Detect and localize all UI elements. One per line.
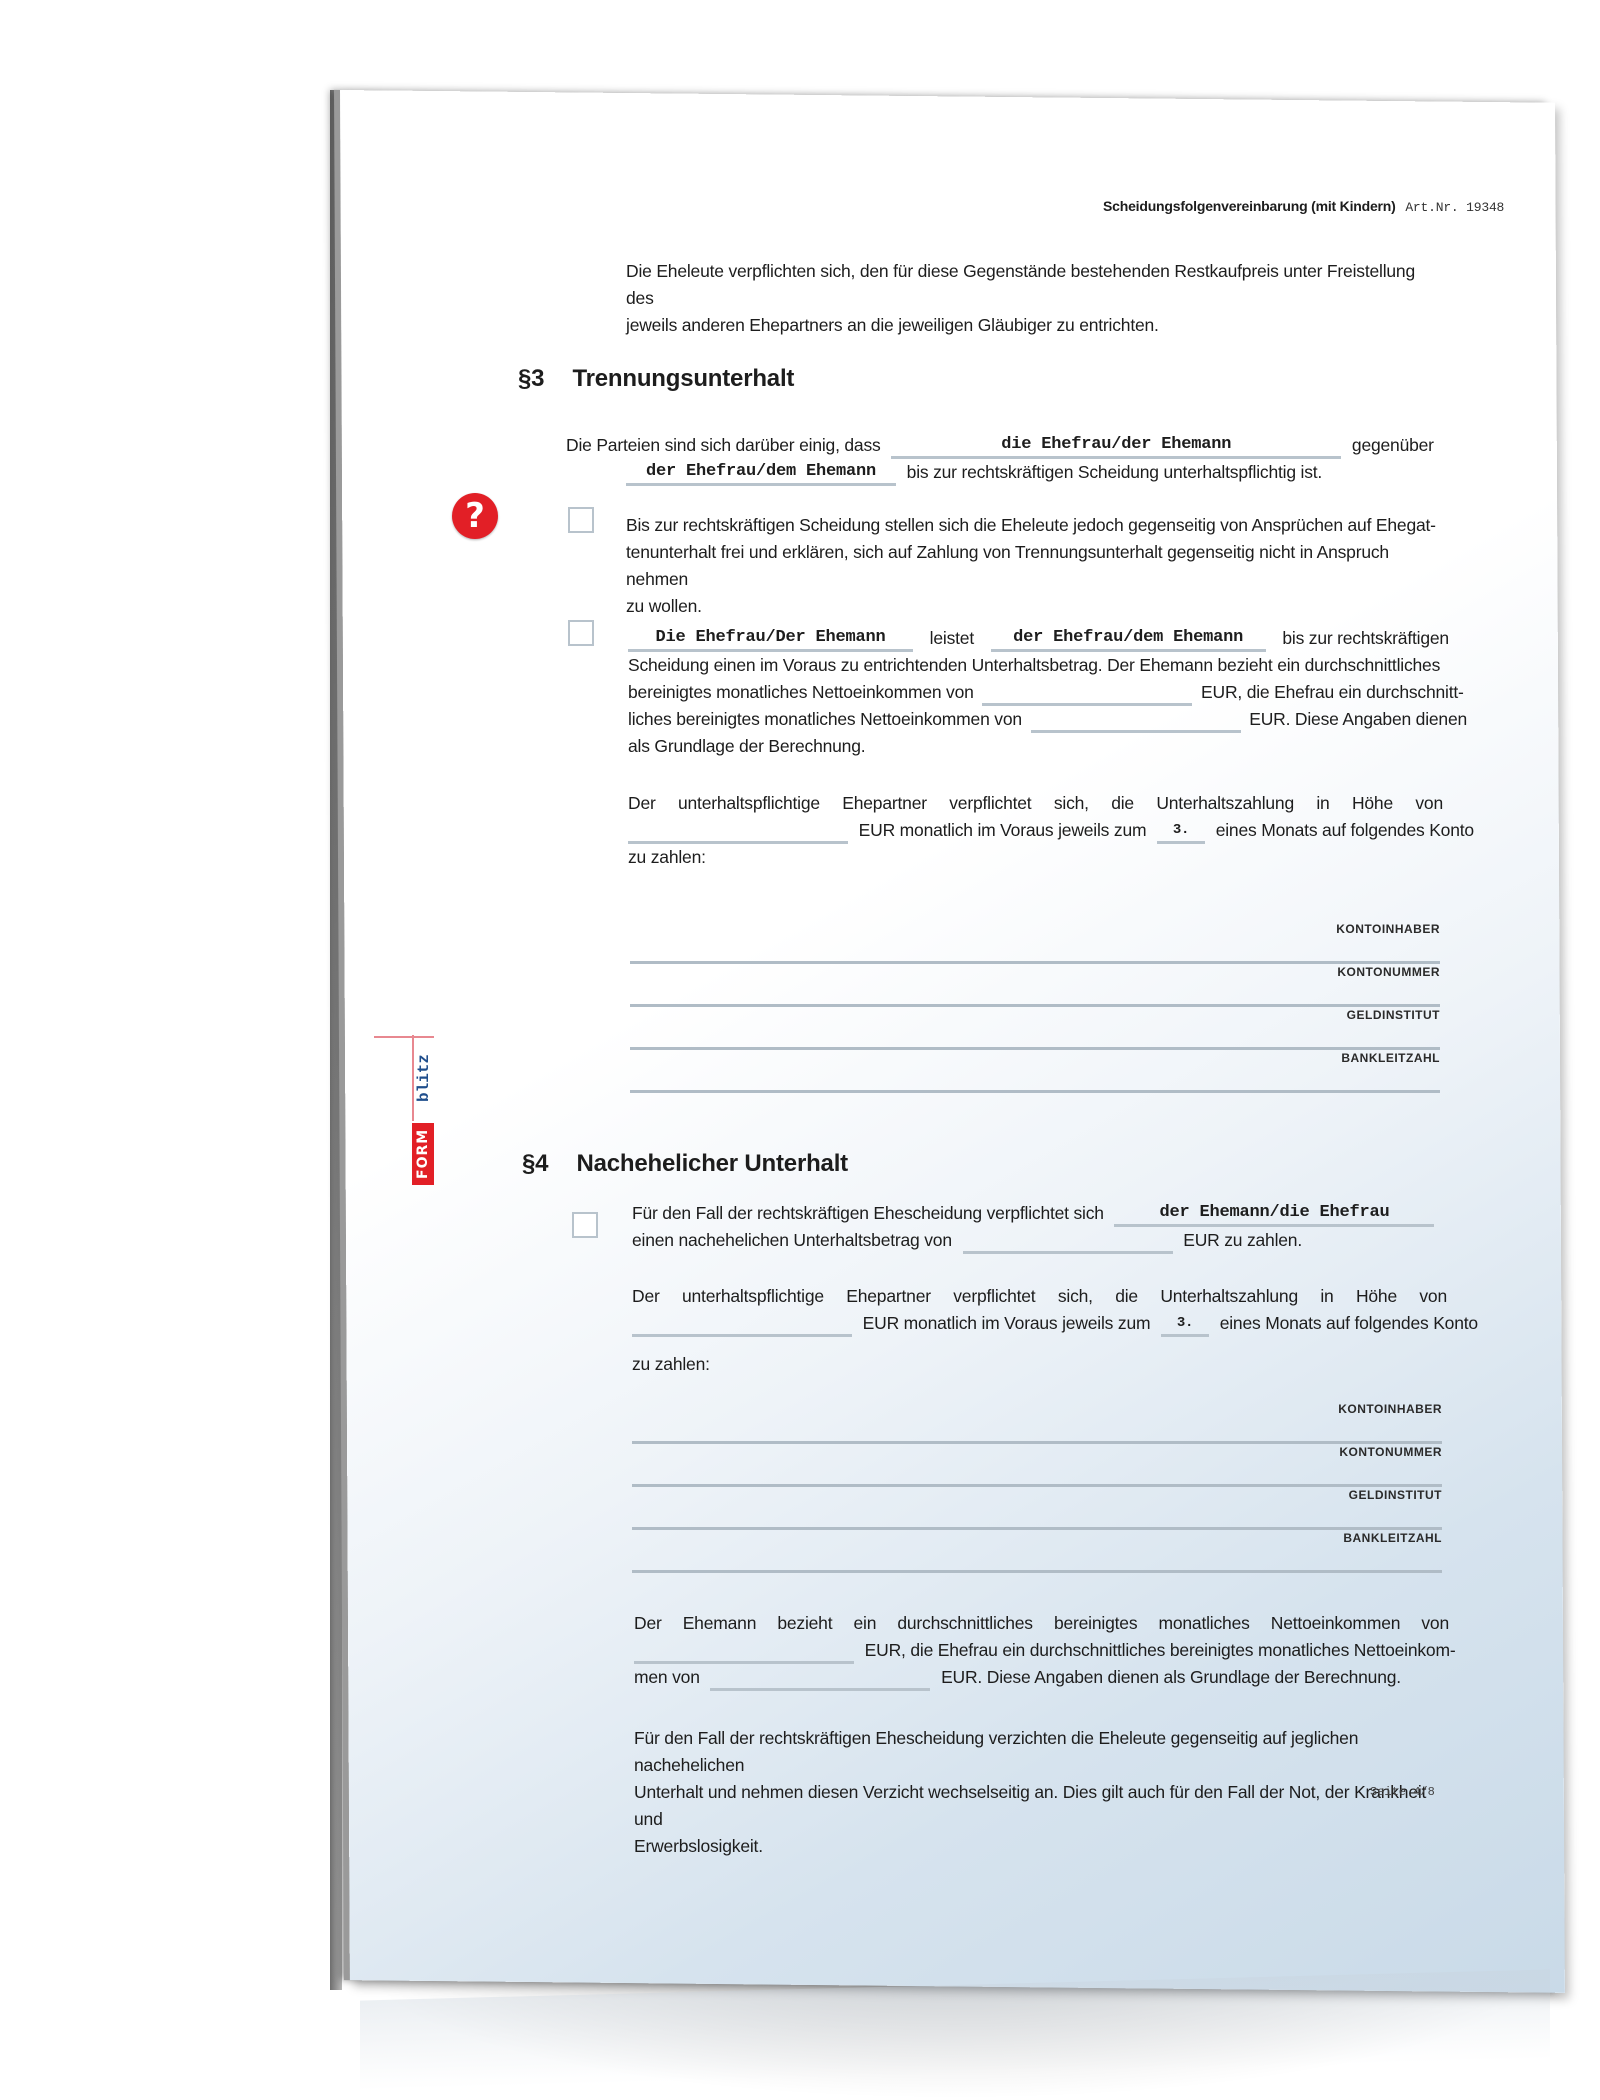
logo-text-blitz: blitz [412, 1035, 434, 1121]
post-marital-amount-field[interactable] [963, 1229, 1173, 1254]
text: eines Monats auf folgendes Konto [1220, 1313, 1478, 1333]
bank-field-bank-code[interactable]: BANKLEITZAHL [632, 1531, 1442, 1573]
intro-paragraph: Die Eheleute verpflichten sich, den für … [626, 258, 1446, 339]
section-number: §4 [522, 1150, 570, 1178]
section-3-heading: §3 Trennungsunterhalt [518, 365, 794, 393]
text: Der unterhaltspflichtige Ehepartner verp… [628, 790, 1443, 817]
payment-day-field[interactable]: 3. [1161, 1312, 1209, 1337]
text: men von [634, 1667, 700, 1687]
section-3-agreement: Die Parteien sind sich darüber einig, da… [566, 432, 1446, 486]
text: eines Monats auf folgendes Konto [1216, 820, 1474, 840]
text: EUR. Diese Angaben dienen [1249, 709, 1467, 729]
section-4-heading: §4 Nachehelicher Unterhalt [522, 1150, 848, 1178]
field-label: KONTOINHABER [1338, 1402, 1442, 1416]
text: bis zur rechtskräftigen Scheidung unterh… [907, 462, 1322, 482]
text: EUR monatlich im Voraus jeweils zum [863, 1313, 1151, 1333]
bank-field-bank-name[interactable]: GELDINSTITUT [632, 1488, 1442, 1530]
text: Der Ehemann bezieht ein durchschnittlich… [634, 1610, 1449, 1637]
bank-field-bank-code[interactable]: BANKLEITZAHL [630, 1051, 1440, 1093]
text: EUR monatlich im Voraus jeweils zum [859, 820, 1147, 840]
intro-line: jeweils anderen Ehepartners an die jewei… [626, 312, 1446, 339]
wife-income-field[interactable] [710, 1666, 930, 1691]
text: bereinigtes monatliches Nettoeinkommen v… [628, 682, 974, 702]
payment-day-field[interactable]: 3. [1157, 819, 1205, 844]
text: einen nachehelichen Unterhaltsbetrag von [632, 1230, 952, 1250]
field-label: GELDINSTITUT [1349, 1488, 1442, 1502]
section-4-option-1-text: Für den Fall der rechtskräftigen Ehesche… [632, 1200, 1447, 1254]
help-icon[interactable]: ? [452, 493, 498, 539]
bank-field-account-number[interactable]: KONTONUMMER [632, 1445, 1442, 1487]
field-label: BANKLEITZAHL [1343, 1531, 1442, 1545]
text: als Grundlage der Berechnung. [628, 733, 1448, 760]
husband-income-field[interactable] [982, 681, 1192, 706]
text: EUR zu zahlen. [1183, 1230, 1302, 1250]
section-3-option-2-checkbox[interactable] [568, 620, 594, 646]
document-title: Scheidungsfolgenvereinbarung (mit Kinder… [1103, 198, 1396, 214]
section-3-option-1-text: Bis zur rechtskräftigen Scheidung stelle… [626, 512, 1446, 620]
text: Bis zur rechtskräftigen Scheidung stelle… [626, 512, 1446, 539]
payer-field[interactable]: Die Ehefrau/Der Ehemann [628, 627, 913, 652]
section-3-option-2-text: Die Ehefrau/Der Ehemann leistet der Ehef… [628, 625, 1448, 760]
obligor-field[interactable]: die Ehefrau/der Ehemann [891, 434, 1341, 459]
text: liches bereinigtes monatliches Nettoeink… [628, 709, 1022, 729]
field-label: BANKLEITZAHL [1341, 1051, 1440, 1065]
text: Erwerbslosigkeit. [634, 1833, 1449, 1860]
section-4-income: Der Ehemann bezieht ein durchschnittlich… [634, 1610, 1449, 1691]
field-label: GELDINSTITUT [1347, 1008, 1440, 1022]
text: leistet [930, 628, 974, 648]
bank-field-bank-name[interactable]: GELDINSTITUT [630, 1008, 1440, 1050]
formblitz-logo: blitz FORM [412, 1035, 434, 1185]
text: gegenüber [1352, 435, 1434, 455]
post-marital-obligor-field[interactable]: der Ehemann/die Ehefrau [1114, 1202, 1434, 1227]
text: Für den Fall der rechtskräftigen Ehesche… [634, 1725, 1449, 1779]
text: Der unterhaltspflichtige Ehepartner verp… [632, 1283, 1447, 1310]
field-label: KONTONUMMER [1337, 965, 1440, 979]
text: Unterhalt und nehmen diesen Verzicht wec… [634, 1779, 1449, 1833]
text: Scheidung einen im Voraus zu entrichtend… [628, 652, 1448, 679]
text: Für den Fall der rechtskräftigen Ehesche… [632, 1203, 1104, 1223]
section-4-waiver: Für den Fall der rechtskräftigen Ehesche… [634, 1725, 1449, 1860]
field-label: KONTONUMMER [1339, 1445, 1442, 1459]
section-3-payment: Der unterhaltspflichtige Ehepartner verp… [628, 790, 1443, 871]
bank-field-account-holder[interactable]: KONTOINHABER [630, 922, 1440, 964]
logo-text-form: FORM [412, 1123, 434, 1185]
page-edge [330, 90, 342, 1990]
text: zu wollen. [626, 593, 1446, 620]
text: zu zahlen: [632, 1351, 1447, 1378]
section-3-option-1-checkbox[interactable] [568, 507, 594, 533]
bank-field-account-holder[interactable]: KONTOINHABER [632, 1402, 1442, 1444]
section-title: Trennungsunterhalt [572, 365, 794, 392]
payment-amount-field[interactable] [628, 819, 848, 844]
payment-amount-field[interactable] [632, 1312, 852, 1337]
husband-income-field[interactable] [634, 1639, 854, 1664]
section-4-option-1-checkbox[interactable] [572, 1212, 598, 1238]
wife-income-field[interactable] [1031, 708, 1241, 733]
text: zu zahlen: [628, 844, 1443, 871]
text: EUR, die Ehefrau ein durchschnitt- [1201, 682, 1464, 702]
payee-field[interactable]: der Ehefrau/dem Ehemann [991, 627, 1266, 652]
section-number: §3 [518, 365, 566, 393]
obligee-field[interactable]: der Ehefrau/dem Ehemann [626, 461, 896, 486]
text: EUR. Diese Angaben dienen als Grundlage … [941, 1667, 1401, 1687]
field-label: KONTOINHABER [1336, 922, 1440, 936]
article-number: Art.Nr. 19348 [1405, 200, 1504, 215]
section-4-payment: Der unterhaltspflichtige Ehepartner verp… [632, 1283, 1447, 1378]
section-title: Nachehelicher Unterhalt [576, 1150, 847, 1177]
text: EUR, die Ehefrau ein durchschnittliches … [865, 1640, 1456, 1660]
intro-line: Die Eheleute verpflichten sich, den für … [626, 258, 1446, 312]
page-number: Seite 4/8 [1370, 1785, 1435, 1799]
text: bis zur rechtskräftigen [1282, 628, 1449, 648]
text: Die Parteien sind sich darüber einig, da… [566, 435, 881, 455]
text: tenunterhalt frei und erklären, sich auf… [626, 539, 1446, 593]
bank-field-account-number[interactable]: KONTONUMMER [630, 965, 1440, 1007]
document-header: Scheidungsfolgenvereinbarung (mit Kinder… [1103, 198, 1504, 215]
